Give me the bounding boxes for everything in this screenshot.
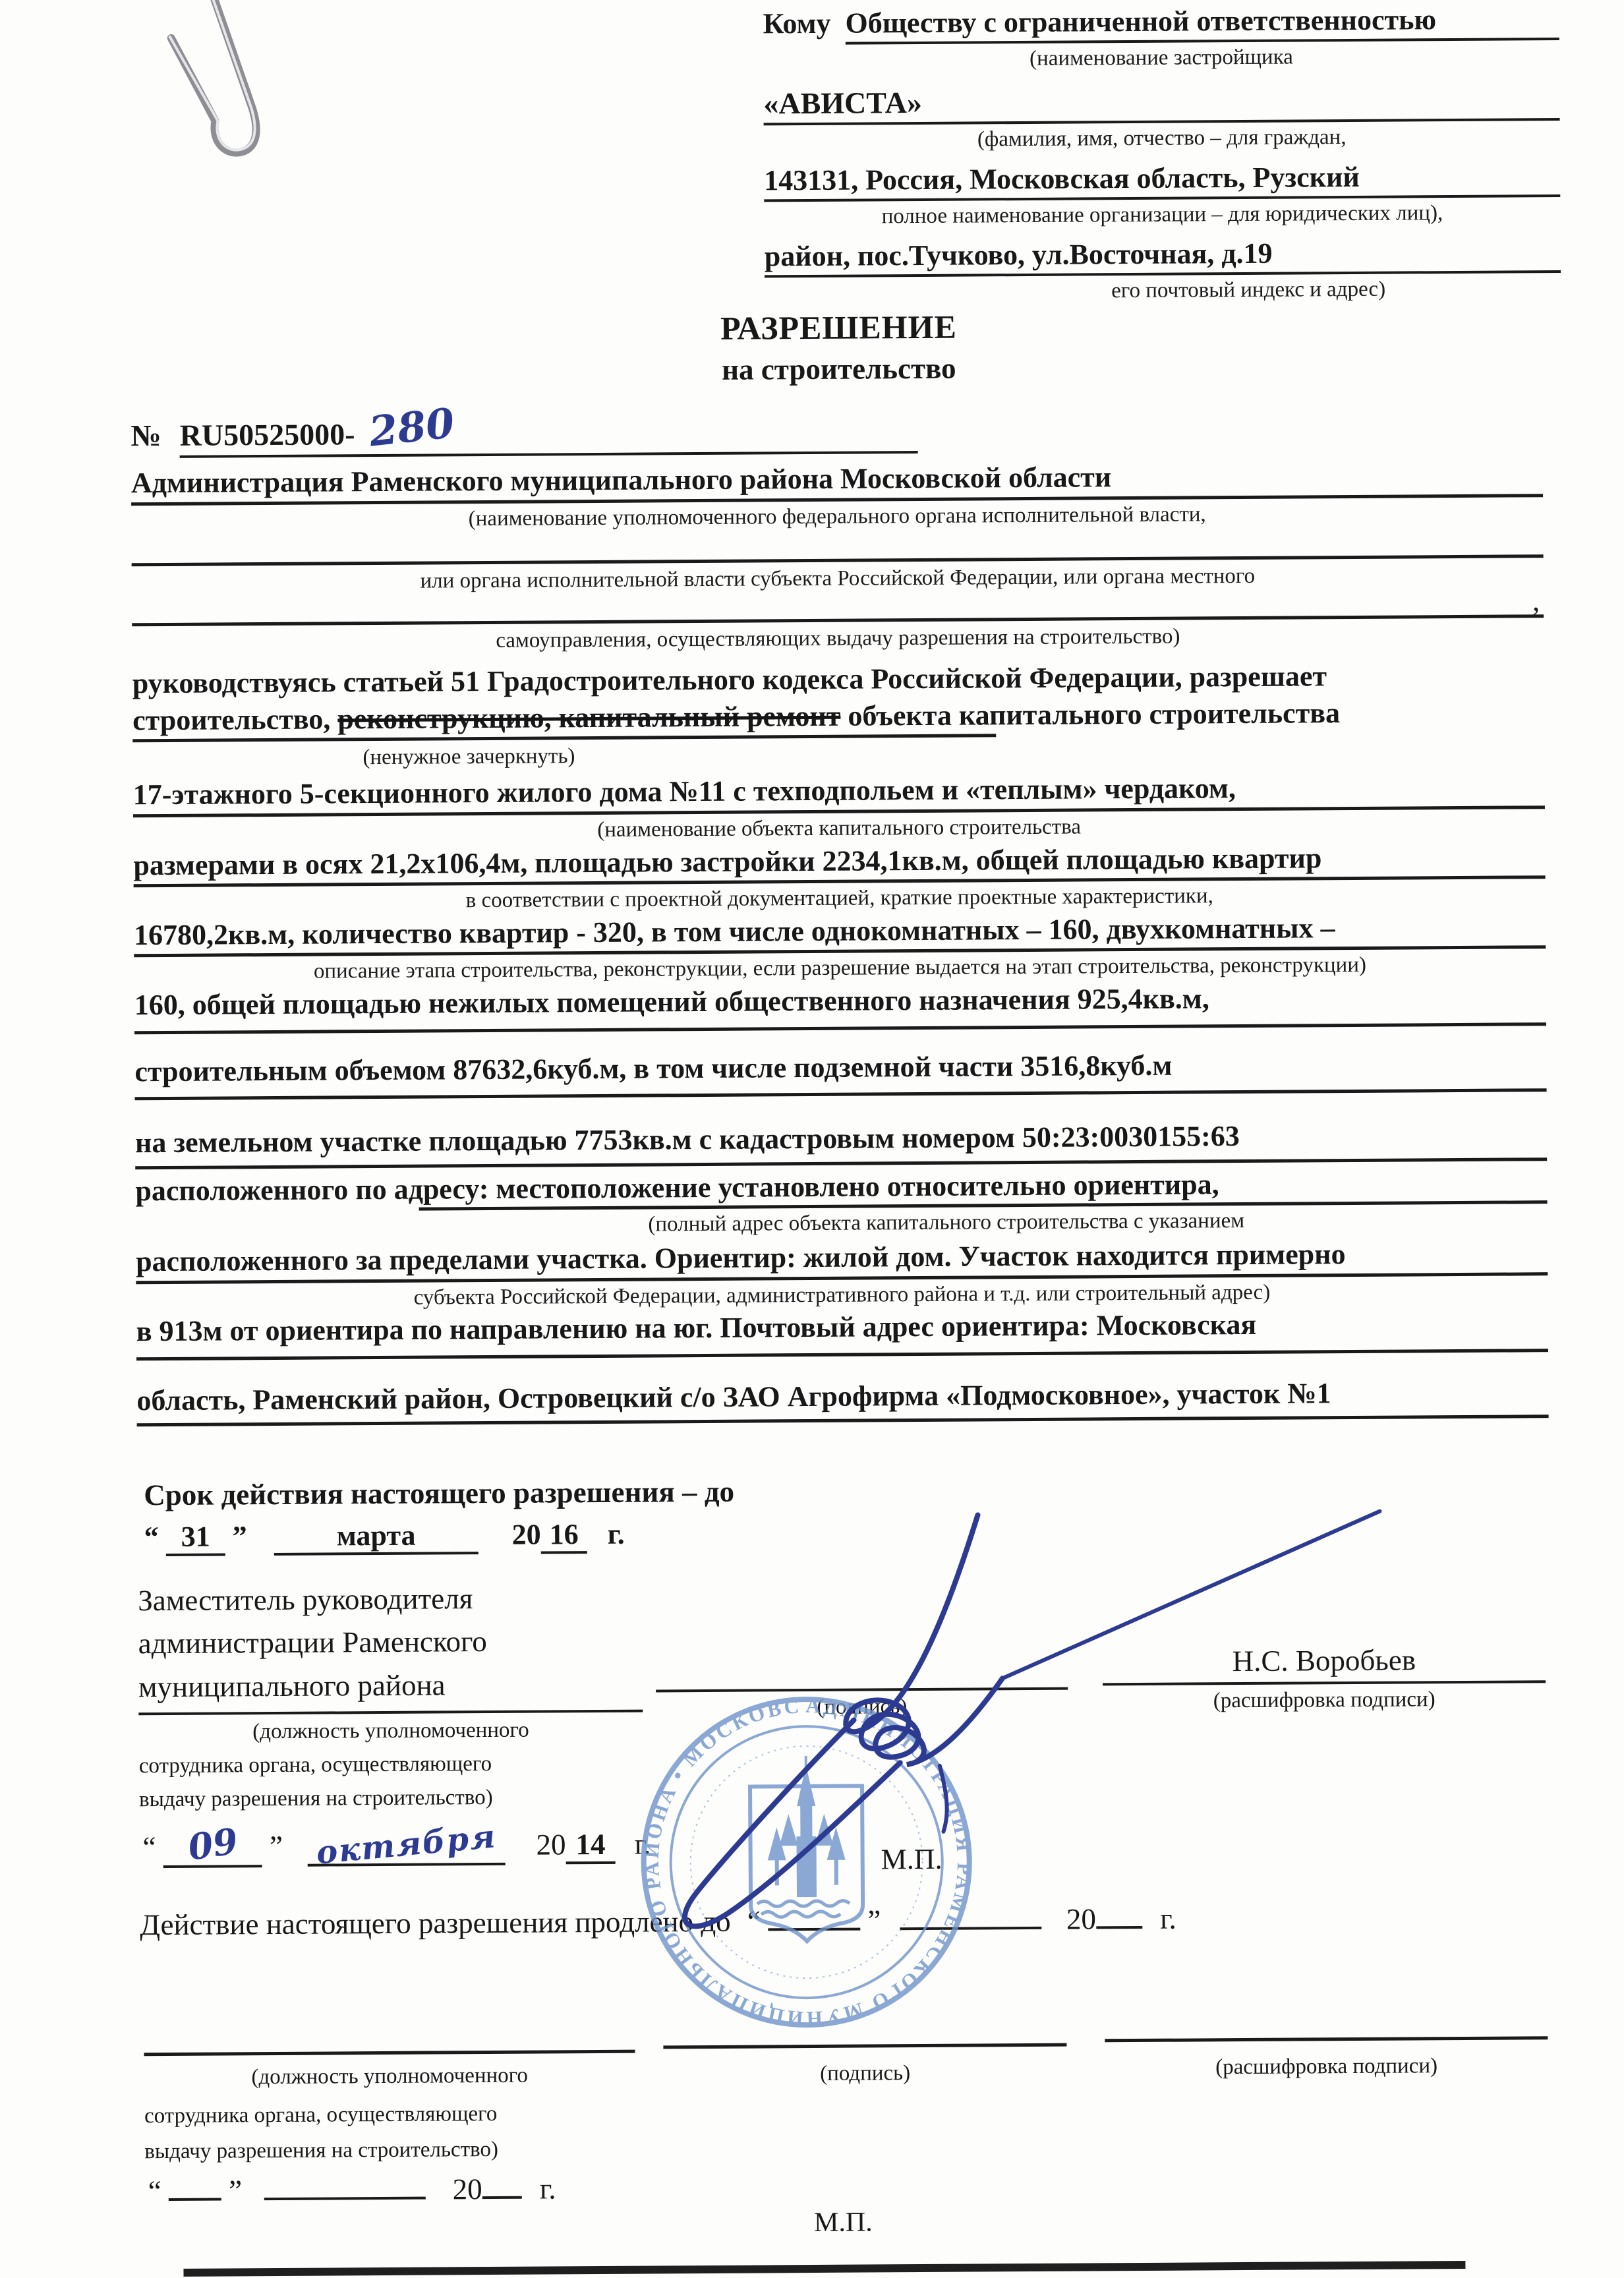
number-sign: №: [130, 418, 161, 453]
date-close-quote: ”: [270, 1830, 283, 1863]
validity-close-quote: ”: [233, 1520, 247, 1552]
bottom-name-caption: (расшифровка подписи): [1105, 2053, 1548, 2080]
title-main: РАЗРЕШЕНИЕ: [0, 303, 1624, 352]
issuer-caption-3: самоуправления, осуществляющих выдачу ра…: [132, 622, 1544, 657]
developer-company-line: «АВИСТА»: [763, 80, 1559, 126]
bottom-signature-rule: [663, 2043, 1066, 2049]
issue-year-prefix: 20: [536, 1828, 565, 1861]
bottom-seal-place-label: М.П.: [814, 2206, 873, 2238]
bottom-year-slot: [482, 2196, 522, 2199]
bottom-position-caption-1: (должность уполномоченного: [144, 2063, 635, 2091]
validity-open-quote: “: [144, 1521, 159, 1553]
address-prefix: расположенного по адресу:: [135, 1173, 488, 1207]
position-line-2: администрации Раменского: [138, 1620, 642, 1666]
org-caption: полное наименование организации – для юр…: [764, 200, 1560, 231]
object-name-line: 17-этажного 5-секционного жилого дома №1…: [133, 769, 1545, 817]
citizen-caption: (фамилия, имя, отчество – для граждан,: [764, 123, 1560, 154]
issue-day-handwritten: 09: [185, 1819, 241, 1868]
issuer-line: Администрация Раменского муниципального …: [131, 457, 1543, 506]
bottom-signature-caption: (подпись): [664, 2060, 1067, 2088]
position-caption-3: выдачу разрешения на строительство): [139, 1784, 643, 1812]
document-title: РАЗРЕШЕНИЕ на строительство: [0, 303, 1624, 392]
nonresidential-line: 160, общей площадью нежилых помещений об…: [134, 979, 1546, 1034]
to-label: Кому: [763, 7, 831, 41]
bottom-month-slot: [264, 2197, 426, 2200]
address-start-line: расположенного по адресу: местоположение…: [135, 1163, 1547, 1210]
validity-day: 31: [166, 1519, 225, 1556]
address-line-3: в 913м от ориентира по направлению на юг…: [136, 1305, 1548, 1360]
bottom-date-row: “ ” 20 г.: [148, 2171, 556, 2208]
strike-caption: (ненужное зачеркнуть): [238, 743, 699, 772]
validity-year-prefix: 20: [512, 1519, 541, 1551]
work-type-kept: строительство,: [132, 703, 330, 737]
title-sub: на строительство: [0, 347, 1624, 392]
date-open-quote: “: [142, 1830, 156, 1863]
position-line-1: Заместитель руководителя: [138, 1577, 642, 1623]
addressee-block: Кому Обществу с ограниченной ответственн…: [763, 1, 1561, 307]
issue-day-slot: 09: [163, 1823, 262, 1868]
bottom-position-caption-3: выдачу разрешения на строительство): [144, 2137, 635, 2165]
work-type-tail: объекта капитального строительства: [848, 697, 1340, 733]
position-caption-2: сотрудника органа, осуществляющего: [139, 1751, 643, 1778]
apartments-line: 16780,2кв.м, количество квартир - 320, в…: [134, 909, 1546, 958]
position-caption-1: (должность уполномоченного: [138, 1717, 643, 1745]
postal-caption: его почтовый индекс и адрес): [765, 276, 1561, 307]
volume-line: строительным объемом 87632,6куб.м, в том…: [134, 1045, 1546, 1101]
bottom-date-close-quote: ”: [229, 2174, 242, 2207]
permit-number-row: № RU50525000- 280: [130, 402, 1053, 459]
scan-edge-artifact: [183, 2261, 1465, 2277]
developer-name-line: Обществу с ограниченной ответственностью: [845, 1, 1559, 45]
issue-month-handwritten: октября: [314, 1818, 498, 1871]
bottom-name-rule: [1105, 2036, 1548, 2042]
bottom-year-letter: г.: [540, 2172, 556, 2205]
parcel-line: на земельном участке площадью 7753кв.м с…: [135, 1117, 1547, 1170]
scanned-document-page: Кому Обществу с ограниченной ответственн…: [0, 0, 1624, 2278]
address-caption-1: (полный адрес объекта капитального строи…: [452, 1207, 1441, 1239]
address-line-2: расположенного за пределами участка. Ори…: [136, 1235, 1548, 1284]
bottom-position-rule: [144, 2050, 635, 2057]
bottom-position-caption-2: сотрудника органа, осуществляющего: [144, 2101, 635, 2129]
developer-caption: (наименование застройщика: [763, 43, 1559, 74]
validity-month: марта: [274, 1518, 478, 1556]
permit-body: Администрация Раменского муниципального …: [131, 457, 1549, 1426]
bottom-date-open-quote: “: [148, 2175, 161, 2207]
address-line-2: район, пос.Тучково, ул.Восточная, д.19: [765, 233, 1561, 277]
issue-month-slot: октября: [307, 1826, 505, 1867]
position-line-3: муниципального района: [138, 1662, 643, 1708]
bottom-year-prefix: 20: [453, 2173, 482, 2205]
bottom-day-slot: [169, 2198, 221, 2201]
official-position-column: Заместитель руководителя администрации Р…: [138, 1577, 643, 1812]
seal-place-label: М.П.: [881, 1842, 942, 1877]
number-printed: RU50525000-: [180, 417, 355, 452]
paperclip-image: [125, 0, 343, 195]
work-type-struck: реконструкцию, капитальный ремонт: [337, 700, 840, 736]
address-line-4: область, Раменский район, Островецкий с/…: [136, 1374, 1548, 1427]
dimensions-line: размерами в осях 21,2х106,4м, площадью з…: [133, 839, 1545, 888]
work-type-line: строительство, реконструкцию, капитальны…: [132, 693, 1544, 740]
address-orientir: местоположение установлено относительно …: [496, 1168, 1219, 1205]
number-handwritten: 280: [366, 399, 457, 456]
address-line-1: 143131, Россия, Московская область, Рузс…: [764, 158, 1560, 202]
signature-ink: [569, 1499, 1428, 1939]
